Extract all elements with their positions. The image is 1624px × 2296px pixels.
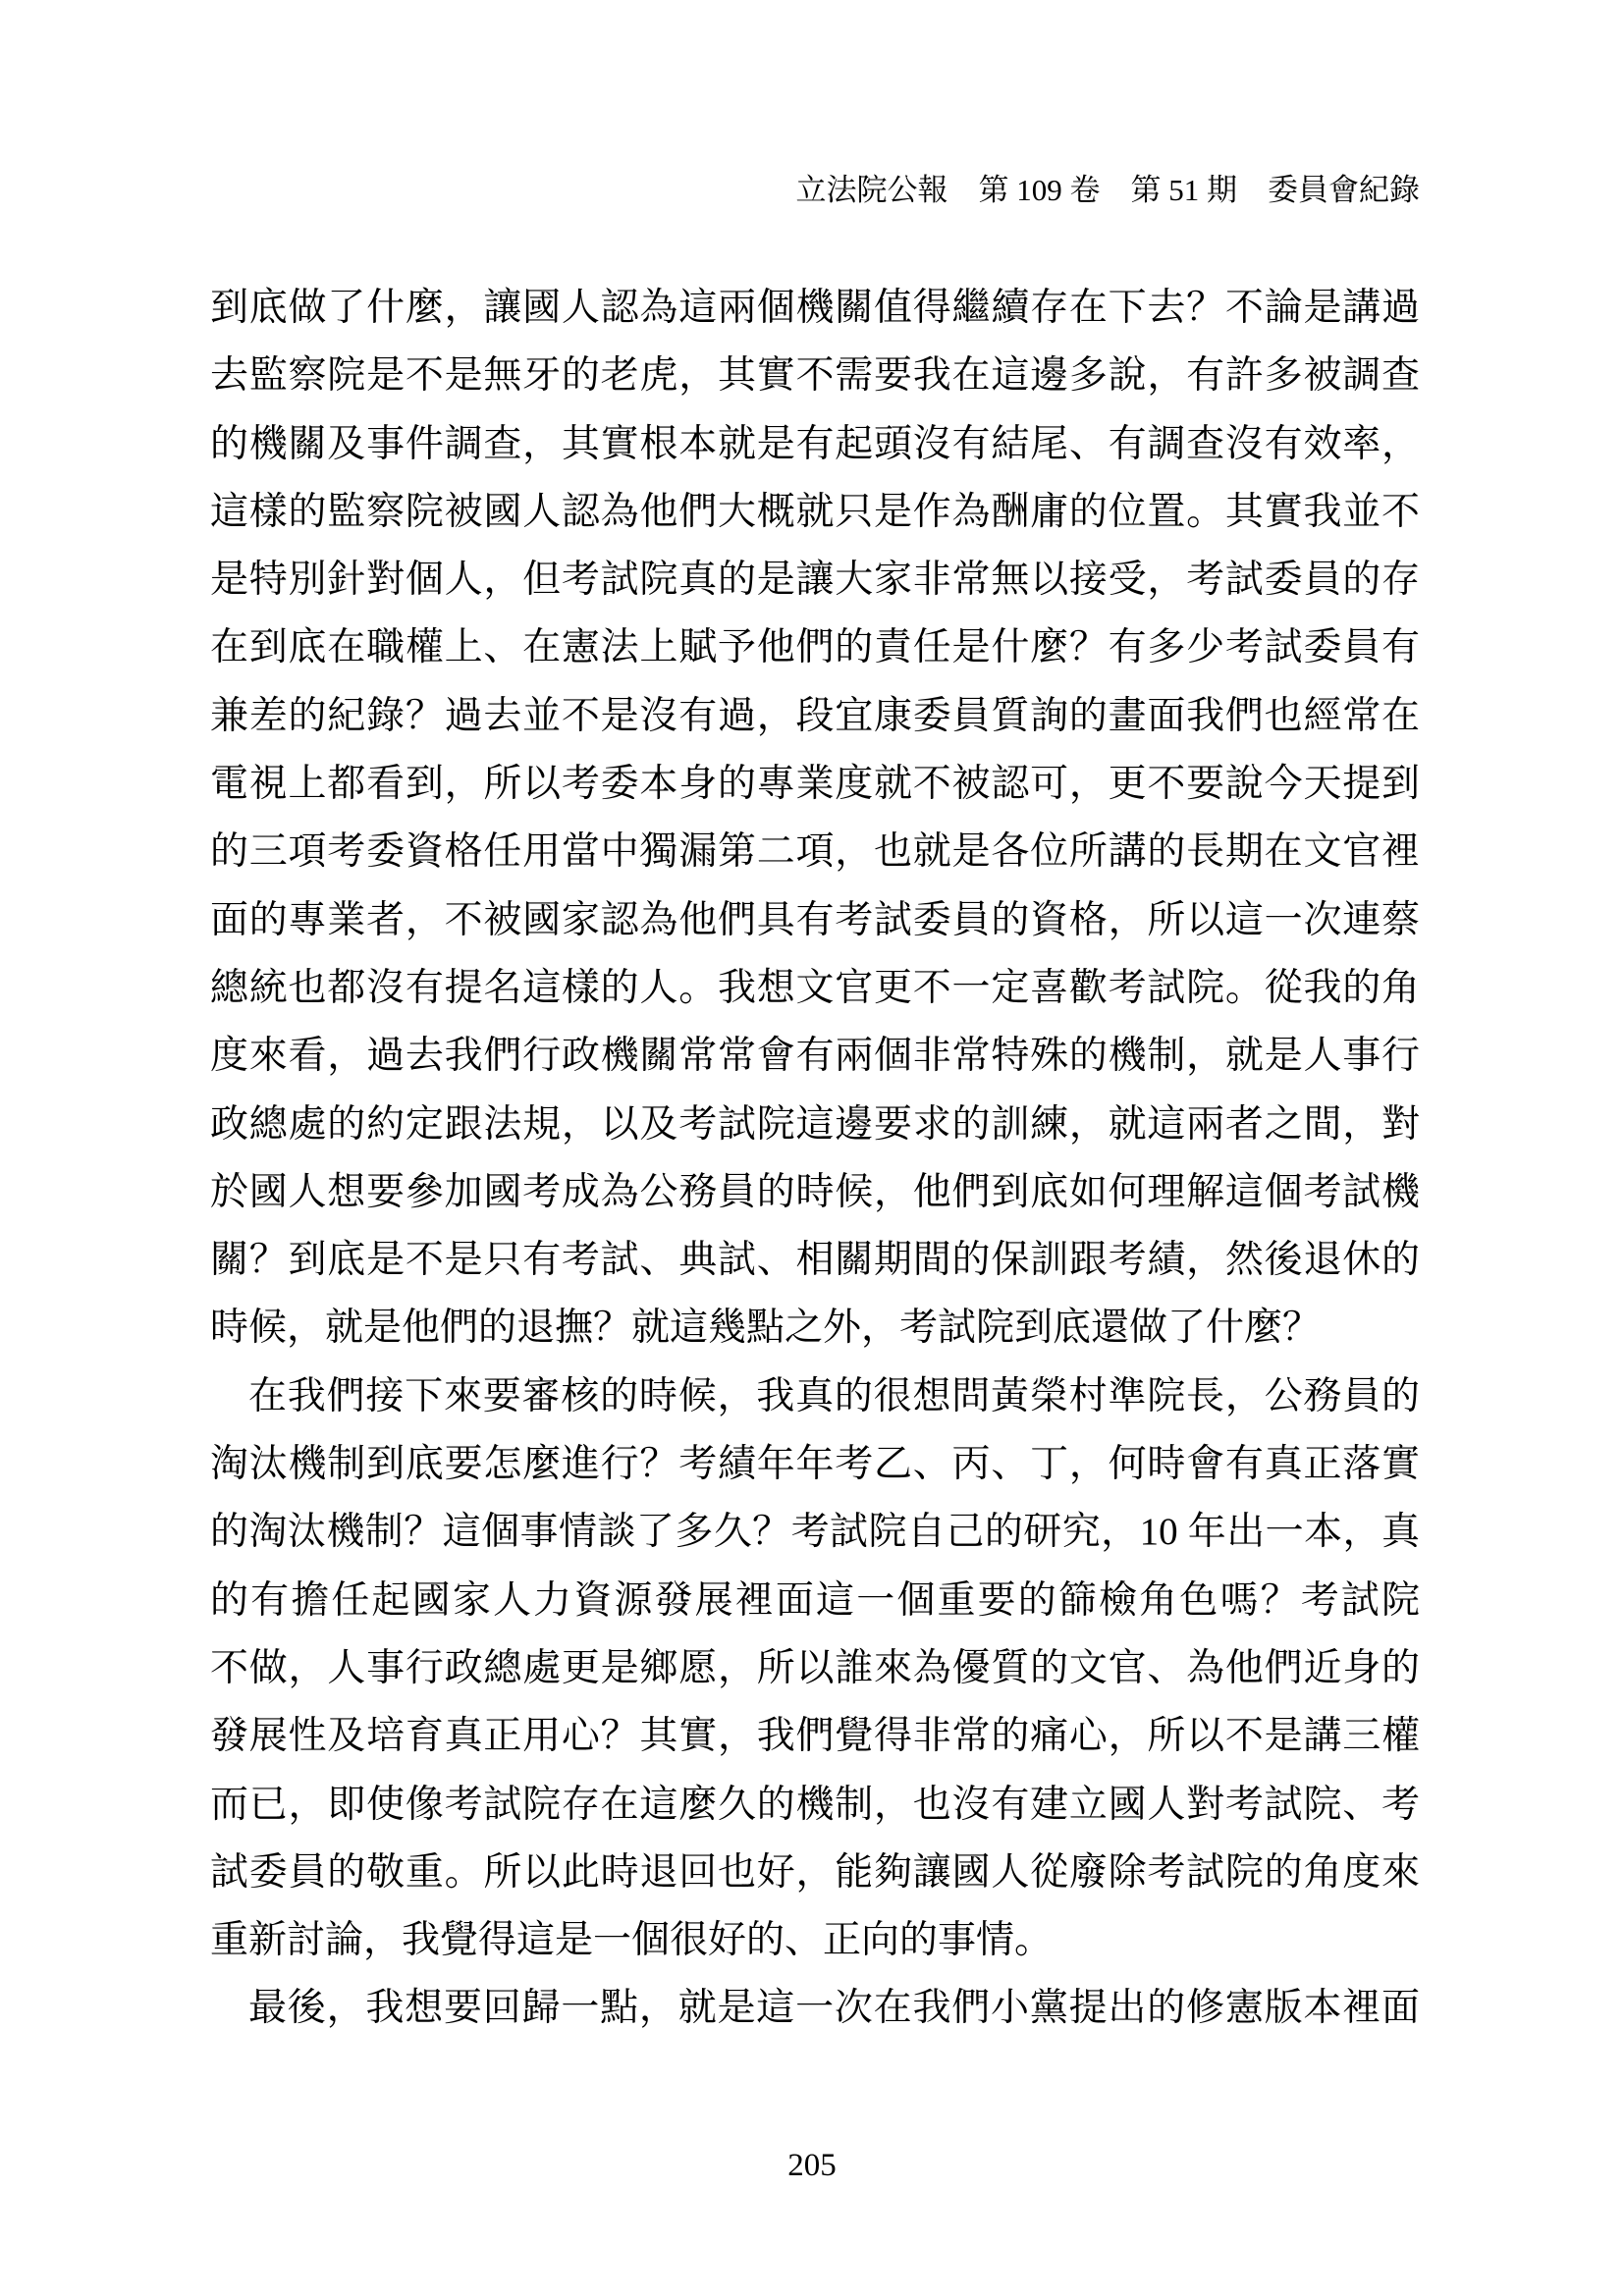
- text-line: 這樣的監察院被國人認為他們大概就只是作為酬庸的位置。其實我並不: [210, 478, 1420, 546]
- text-line: 最後，我想要回歸一點，就是這一次在我們小黨提出的修憲版本裡面: [210, 1974, 1420, 2042]
- page-footer: 205: [0, 2146, 1624, 2185]
- text-line: 試委員的敬重。所以此時退回也好，能夠讓國人從廢除考試院的角度來: [210, 1839, 1420, 1906]
- text-line: 的三項考委資格任用當中獨漏第二項，也就是各位所講的長期在文官裡: [210, 818, 1420, 885]
- text-line: 重新討論，我覺得這是一個很好的、正向的事情。: [210, 1906, 1420, 1974]
- text-line: 在到底在職權上、在憲法上賦予他們的責任是什麼？有多少考試委員有: [210, 614, 1420, 681]
- text-line: 關？到底是不是只有考試、典試、相關期間的保訓跟考績，然後退休的: [210, 1226, 1420, 1294]
- page-number: 205: [787, 2148, 837, 2183]
- text-line: 而已，即使像考試院存在這麼久的機制，也沒有建立國人對考試院、考: [210, 1771, 1420, 1839]
- text-line: 發展性及培育真正用心？其實，我們覺得非常的痛心，所以不是講三權: [210, 1702, 1420, 1770]
- header-title: 立法院公報 第 109 卷 第 51 期 委員會紀錄: [796, 173, 1421, 207]
- text-line: 的機關及事件調查，其實根本就是有起頭沒有結尾、有調查沒有效率，: [210, 410, 1420, 478]
- text-line: 電視上都看到，所以考委本身的專業度就不被認可，更不要說今天提到: [210, 750, 1420, 818]
- text-line: 到底做了什麼，讓國人認為這兩個機關值得繼續存在下去？不論是講過: [210, 274, 1420, 342]
- text-line: 度來看，過去我們行政機關常常會有兩個非常特殊的機制，就是人事行: [210, 1022, 1420, 1090]
- gazette-page: 立法院公報 第 109 卷 第 51 期 委員會紀錄 到底做了什麼，讓國人認為這…: [0, 0, 1624, 2296]
- text-line: 時候，就是他們的退撫？就這幾點之外，考試院到底還做了什麼？: [210, 1294, 1420, 1362]
- text-line: 的有擔任起國家人力資源發展裡面這一個重要的篩檢角色嗎？考試院: [210, 1567, 1420, 1634]
- page-header: 立法院公報 第 109 卷 第 51 期 委員會紀錄: [210, 171, 1420, 210]
- text-line: 兼差的紀錄？過去並不是沒有過，段宜康委員質詢的畫面我們也經常在: [210, 682, 1420, 750]
- text-line: 是特別針對個人，但考試院真的是讓大家非常無以接受，考試委員的存: [210, 546, 1420, 614]
- text-line: 政總處的約定跟法規，以及考試院這邊要求的訓練，就這兩者之間，對: [210, 1091, 1420, 1158]
- text-line: 在我們接下來要審核的時候，我真的很想問黃榮村準院長，公務員的: [210, 1362, 1420, 1430]
- text-line: 面的專業者，不被國家認為他們具有考試委員的資格，所以這一次連蔡: [210, 886, 1420, 954]
- text-line: 於國人想要參加國考成為公務員的時候，他們到底如何理解這個考試機: [210, 1158, 1420, 1226]
- text-line: 去監察院是不是無牙的老虎，其實不需要我在這邊多說，有許多被調查: [210, 342, 1420, 409]
- text-line: 總統也都沒有提名這樣的人。我想文官更不一定喜歡考試院。從我的角: [210, 954, 1420, 1022]
- body-text: 到底做了什麼，讓國人認為這兩個機關值得繼續存在下去？不論是講過去監察院是不是無牙…: [210, 274, 1420, 2043]
- text-line: 的淘汰機制？這個事情談了多久？考試院自己的研究，10 年出一本，真: [210, 1498, 1420, 1566]
- text-line: 不做，人事行政總處更是鄉愿，所以誰來為優質的文官、為他們近身的: [210, 1634, 1420, 1702]
- text-line: 淘汰機制到底要怎麼進行？考績年年考乙、丙、丁，何時會有真正落實: [210, 1430, 1420, 1498]
